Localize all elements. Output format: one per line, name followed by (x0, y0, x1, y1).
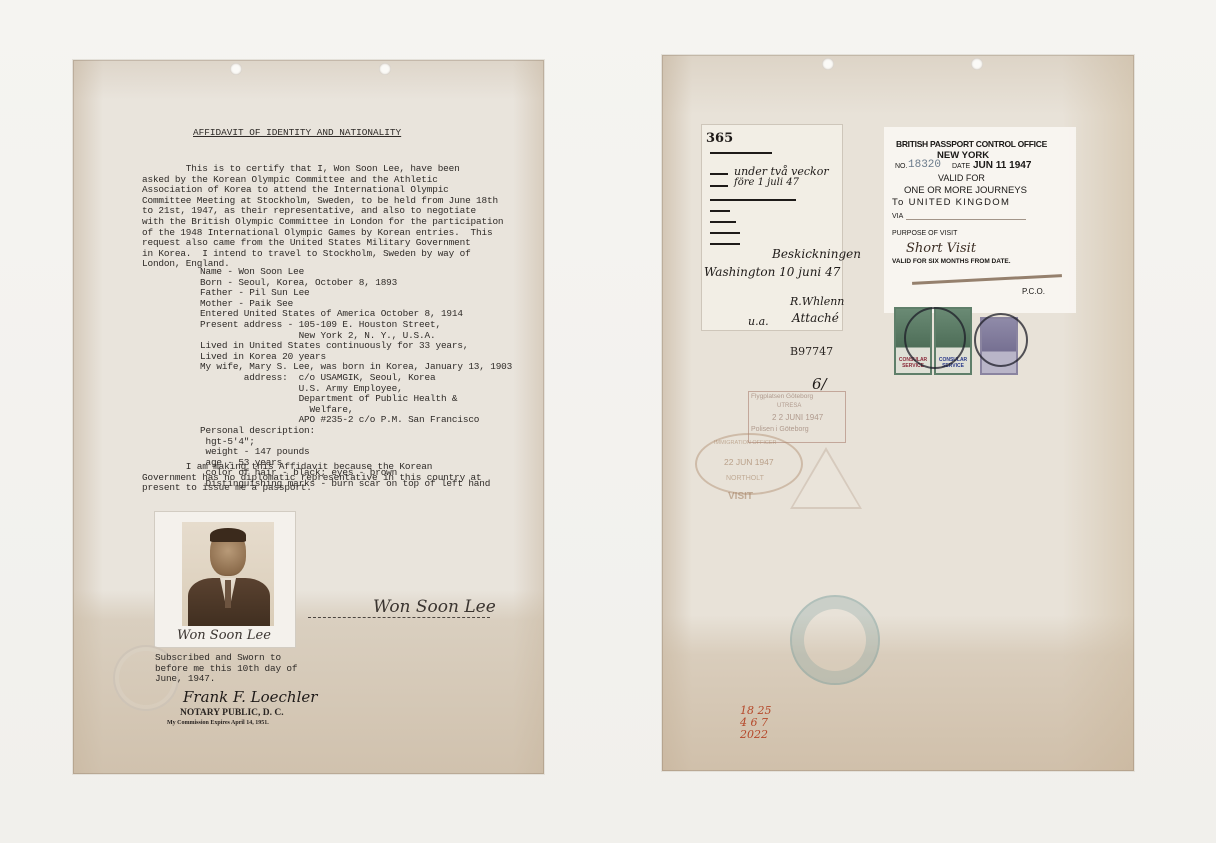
oval-stamp-visit: VISIT (728, 491, 753, 502)
punch-hole (971, 58, 983, 70)
visa-purpose-value: Short Visit (906, 241, 976, 256)
slip-signature: R.Whlenn (790, 295, 844, 308)
slip-line-2: före 1 juli 47 (734, 177, 799, 188)
oval-stamp-top: IMMIGRATION OFFICER (714, 440, 777, 446)
visa-no-value: 18320 (908, 159, 941, 171)
visa-destination: To UNITED KINGDOM (892, 197, 1010, 208)
slip-attache: Attaché (792, 311, 839, 325)
affidavit-closing: I am making this Affidavit because the K… (142, 462, 482, 494)
visa-via-label: VIA (892, 213, 903, 220)
oval-stamp-date: 22 JUN 1947 (724, 457, 774, 467)
box-stamp-line: Flygplatsen Göteborg (751, 393, 813, 400)
strike-line (710, 152, 772, 154)
strike-line (710, 243, 740, 245)
portrait-photo (182, 522, 274, 626)
visa-journeys: ONE OR MORE JOURNEYS (904, 185, 1027, 196)
strike-line (710, 173, 728, 175)
visa-valid-for: VALID FOR (938, 173, 985, 183)
triangle-stamp-inner (793, 451, 859, 507)
strike-line (710, 210, 730, 212)
personal-details: Name - Won Soon Lee Born - Seoul, Korea,… (200, 267, 512, 489)
jurat-text: Subscribed and Sworn to before me this 1… (155, 653, 297, 685)
visa-purpose-label: PURPOSE OF VISIT (892, 230, 957, 237)
visa-number: B97747 (790, 345, 833, 358)
photo-signature: Won Soon Lee (177, 628, 271, 643)
visa-date-value: JUN 11 1947 (973, 160, 1031, 171)
slip-line-3: Beskickningen (772, 247, 861, 261)
visa-no-label: NO. (895, 163, 907, 170)
punch-hole (379, 63, 391, 75)
blue-circular-seal (790, 595, 880, 685)
via-line (906, 219, 1026, 220)
visa-page: 365 under två veckor före 1 juli 47 Besk… (662, 55, 1134, 771)
notary-signature: Frank F. Loechler (183, 688, 317, 706)
affidavit-page: AFFIDAVIT OF IDENTITY AND NATIONALITY Th… (73, 60, 544, 774)
passport-control-postmark (904, 307, 966, 369)
slip-line-4: Washington 10 juni 47 (704, 265, 840, 279)
affidavit-title: AFFIDAVIT OF IDENTITY AND NATIONALITY (193, 127, 401, 138)
visa-validity: VALID FOR SIX MONTHS FROM DATE. (892, 258, 1011, 265)
red-pencil-notes: 18 25 4 6 7 2022 (740, 705, 772, 741)
slip-ua: u.a. (748, 315, 769, 328)
oval-stamp-bottom: NORTHOLT (726, 475, 764, 482)
strike-line (710, 221, 736, 223)
box-stamp-line: 2 2 JUNI 1947 (772, 413, 823, 422)
box-stamp-line: UTRESA (777, 403, 801, 409)
strike-line (710, 232, 740, 234)
notary-title: NOTARY PUBLIC, D. C. (180, 708, 284, 718)
visa-pco: P.C.O. (1022, 287, 1045, 296)
slip-number: 365 (706, 131, 733, 146)
box-stamp-line: Polisen i Göteborg (751, 426, 809, 433)
punch-hole (822, 58, 834, 70)
passport-photo-card: Won Soon Lee (155, 512, 295, 647)
notary-commission: My Commission Expires April 14, 1951. (167, 720, 269, 726)
signature-line (308, 617, 490, 618)
affidavit-body: This is to certify that I, Won Soon Lee,… (142, 164, 503, 270)
punch-hole (230, 63, 242, 75)
applicant-signature: Won Soon Lee (373, 597, 496, 617)
passport-control-postmark (974, 313, 1028, 367)
strike-line (710, 199, 796, 201)
visa-date-label: DATE (952, 163, 970, 170)
visa-header: BRITISH PASSPORT CONTROL OFFICE (896, 139, 1047, 149)
strike-line (710, 185, 728, 187)
